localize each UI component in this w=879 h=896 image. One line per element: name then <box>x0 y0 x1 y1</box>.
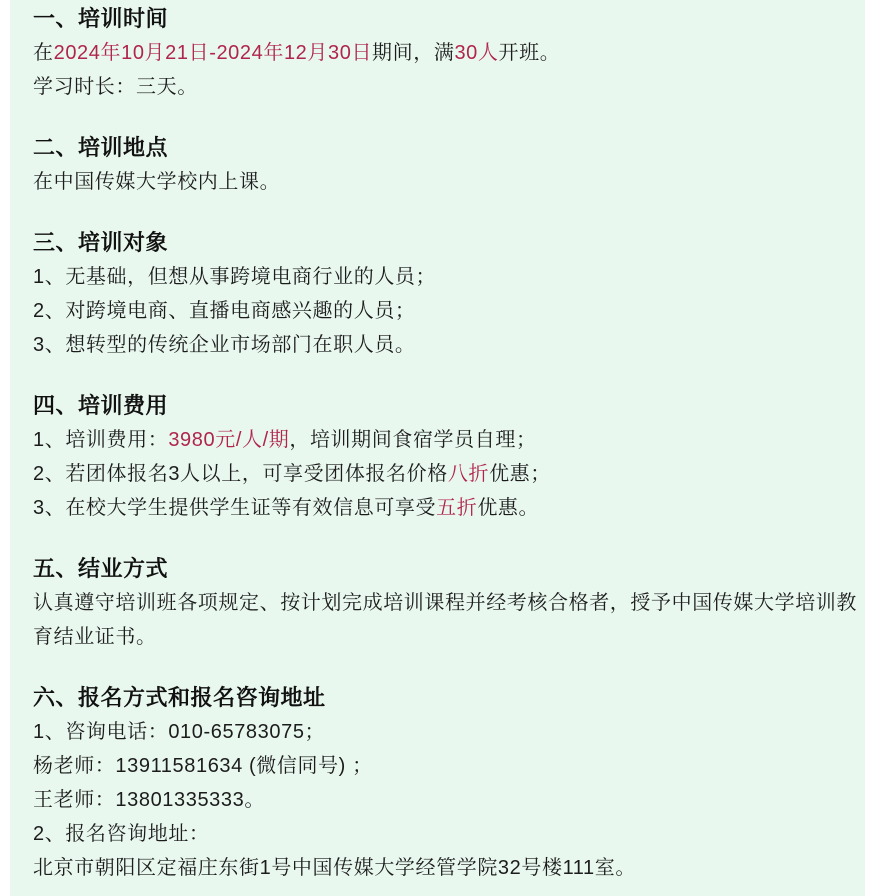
body-text: 开班。 <box>499 42 561 64</box>
article-content: 一、培训时间在2024年10月21日-2024年12月30日期间，满30人开班。… <box>10 0 865 896</box>
body-text: 在中国传媒大学校内上课。 <box>33 171 280 193</box>
body-text: 王老师：13801335333。 <box>33 789 265 811</box>
paragraph: 1、咨询电话：010-65783075； <box>33 715 860 749</box>
body-text: 优惠； <box>489 463 551 485</box>
paragraph: 学习时长：三天。 <box>33 70 860 104</box>
body-text: 优惠。 <box>477 497 539 519</box>
paragraph: 认真遵守培训班各项规定、按计划完成培训课程并经考核合格者，授予中国传媒大学培训教… <box>33 586 860 654</box>
body-text: 2、若团体报名3人以上，可享受团体报名价格 <box>33 463 448 485</box>
section-heading: 四、培训费用 <box>33 389 860 423</box>
body-text: 3、在校大学生提供学生证等有效信息可享受 <box>33 497 436 519</box>
body-text: 杨老师：13911581634 (微信同号) ； <box>33 755 373 777</box>
paragraph: 1、无基础，但想从事跨境电商行业的人员； <box>33 260 860 294</box>
page: 一、培训时间在2024年10月21日-2024年12月30日期间，满30人开班。… <box>0 0 879 896</box>
body-text: 3、想转型的传统企业市场部门在职人员。 <box>33 334 416 356</box>
section-heading: 三、培训对象 <box>33 226 860 260</box>
body-text: 1、无基础，但想从事跨境电商行业的人员； <box>33 266 436 288</box>
paragraph: 王老师：13801335333。 <box>33 783 860 817</box>
section-heading: 五、结业方式 <box>33 552 860 586</box>
paragraph: 在2024年10月21日-2024年12月30日期间，满30人开班。 <box>33 36 860 70</box>
paragraph: 2、对跨境电商、直播电商感兴趣的人员； <box>33 294 860 328</box>
body-text: 北京市朝阳区定福庄东街1号中国传媒大学经管学院32号楼111室。 <box>33 857 636 879</box>
body-text: 认真遵守培训班各项规定、按计划完成培训课程并经考核合格者，授予中国传媒大学培训教… <box>33 592 857 648</box>
section-heading: 二、培训地点 <box>33 131 860 165</box>
highlight-text: 30人 <box>454 42 498 64</box>
paragraph: 3、想转型的传统企业市场部门在职人员。 <box>33 328 860 362</box>
highlight-text: 五折 <box>436 497 477 519</box>
paragraph: 北京市朝阳区定福庄东街1号中国传媒大学经管学院32号楼111室。 <box>33 851 860 885</box>
body-text: 2、对跨境电商、直播电商感兴趣的人员； <box>33 300 416 322</box>
paragraph: 2、若团体报名3人以上，可享受团体报名价格八折优惠； <box>33 457 860 491</box>
section-heading: 六、报名方式和报名咨询地址 <box>33 681 860 715</box>
body-text: 2、报名咨询地址： <box>33 823 210 845</box>
paragraph: 1、培训费用：3980元/人/期，培训期间食宿学员自理； <box>33 423 860 457</box>
body-text: 1、咨询电话：010-65783075； <box>33 721 325 743</box>
paragraph: 3、在校大学生提供学生证等有效信息可享受五折优惠。 <box>33 491 860 525</box>
body-text: ，培训期间食宿学员自理； <box>289 429 536 451</box>
body-text: 期间，满 <box>372 42 454 64</box>
body-text: 1、培训费用： <box>33 429 168 451</box>
body-text: 在 <box>33 42 54 64</box>
section-heading: 一、培训时间 <box>33 2 860 36</box>
highlight-text: 八折 <box>448 463 489 485</box>
paragraph: 2、报名咨询地址： <box>33 817 860 851</box>
paragraph: 在中国传媒大学校内上课。 <box>33 165 860 199</box>
body-text: 学习时长：三天。 <box>33 76 198 98</box>
highlight-text: 3980元/人/期 <box>168 429 289 451</box>
highlight-text: 2024年10月21日-2024年12月30日 <box>54 42 372 64</box>
paragraph: 杨老师：13911581634 (微信同号) ； <box>33 749 860 783</box>
